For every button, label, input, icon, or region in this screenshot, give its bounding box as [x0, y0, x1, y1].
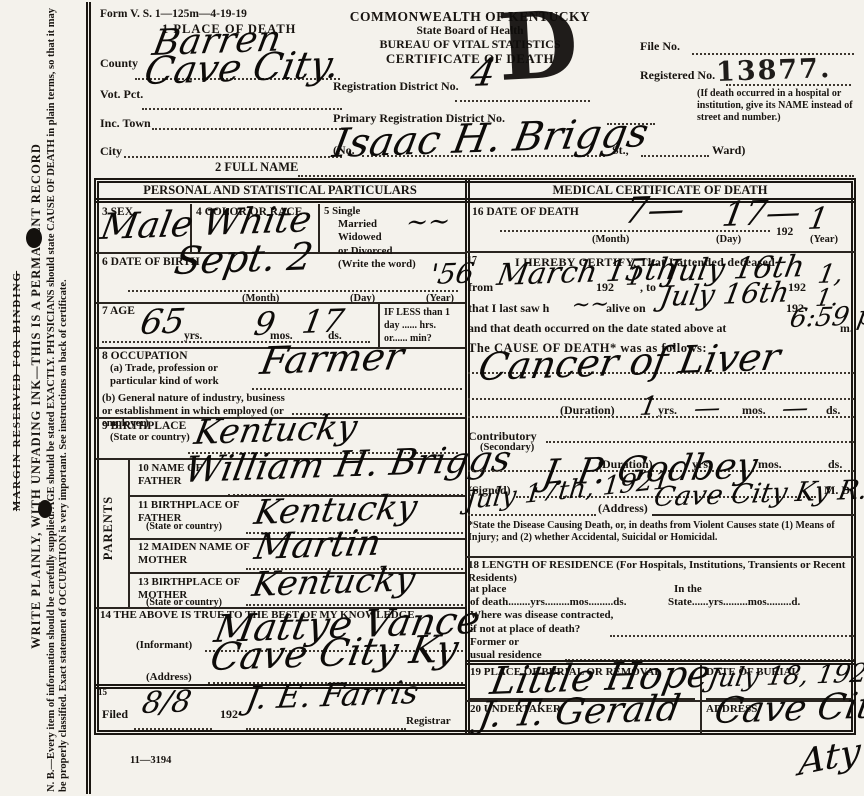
filed-label: Filed [102, 708, 128, 721]
cause-duration-line [468, 416, 854, 418]
death-year-prefix: 192 [776, 226, 793, 238]
age-label: 7 AGE [102, 305, 135, 317]
form-code: 11—3194 [130, 755, 171, 766]
alive-on-label: alive on [606, 302, 646, 315]
cause-of-death-value: Cancer of Liver [476, 340, 783, 385]
residence-in-the-label: In the [674, 584, 702, 596]
margin-nb-note: N. B.—Every item of information should b… [46, 8, 71, 792]
last-saw-mark: ∼∼ [570, 295, 611, 316]
full-name-value: Isaac H. Briggs [330, 115, 651, 162]
informant-address-label: (Address) [146, 672, 192, 684]
death-date-line [500, 230, 770, 232]
undertaker-address-value: Cave City [712, 690, 864, 729]
residence-former-label: Former or [470, 637, 519, 649]
birthplace-label: 9 BIRTHPLACE [102, 420, 186, 432]
full-name-line [298, 175, 854, 177]
death-year-label: (Year) [810, 234, 838, 245]
full-name-label: 2 FULL NAME [215, 161, 298, 174]
bottom-flourish: Aty [798, 736, 861, 780]
inc-town-line [152, 128, 344, 130]
marital-status-label: 5 Single Married Widowed or Divorced (Wr… [324, 205, 416, 271]
birthplace-value: Kentucky [192, 412, 359, 448]
filed-year-prefix: 192 [220, 708, 238, 721]
registrar-signature: J. E. Farris [244, 678, 421, 713]
occupation-label: 8 OCCUPATION [102, 350, 188, 362]
birthplace-sub-label: (State or country) [110, 432, 190, 443]
certify-number: 17 [467, 256, 477, 267]
voting-precinct-value: Cave City. [142, 47, 342, 88]
color-marital-divider [318, 204, 320, 252]
residence-of-death-label: of death........yrs.........mos.........… [470, 597, 626, 609]
file-no-label: File No. [640, 40, 680, 53]
informant-address-value: Cave City Ky [208, 631, 461, 674]
age-years-value: 65 [138, 307, 187, 339]
filed-number: 15 [98, 688, 107, 697]
marital-line-instruction: (Write the word) [324, 258, 416, 271]
street-ward-line [641, 155, 709, 157]
signed-date-line [468, 514, 596, 516]
filed-date-line [134, 728, 212, 730]
residence-contracted-label: Where was disease contracted, [470, 610, 613, 622]
death-occurred-label: and that death occurred on the date stat… [468, 322, 726, 334]
filed-date-value: 8/8 [140, 688, 193, 717]
father-birthplace-value: Kentucky [252, 492, 419, 528]
residence-at-place-label: at place [470, 584, 506, 596]
city-label: City [100, 145, 122, 158]
contributory-line [546, 441, 854, 443]
inc-town-label: Inc. Town [100, 117, 151, 130]
parents-strip-divider [128, 458, 130, 607]
date-of-birth-value: Sept. 2 [172, 239, 315, 278]
if-less-line1: IF LESS than 1 [384, 306, 450, 319]
residence-state-label: State......yrs.........mos.........d. [668, 597, 800, 609]
marital-line-divorced: or Divorced [324, 245, 416, 258]
if-less-line2: day ...... hrs. [384, 319, 450, 332]
registration-district-label: Registration District No. [333, 80, 459, 93]
occupation-a-label: (a) Trade, profession or particular kind… [110, 362, 262, 387]
d-stamp: D [495, 0, 580, 102]
margin-permanent-record-note: WRITE PLAINLY, WITH UNFADING INK—THIS IS… [30, 16, 43, 776]
residence-top-rule [465, 556, 856, 558]
contributory-label: Contributory [468, 430, 537, 443]
certify-to-label: , to [640, 281, 656, 294]
undertaker-value: J. T. Gerald [476, 693, 683, 732]
cause-footnote: *State the Disease Causing Death, or, in… [468, 520, 856, 544]
date-of-death-label: 16 DATE OF DEATH [472, 206, 579, 218]
last-saw-date-value: July 16th [658, 280, 791, 310]
mother-maiden-value: Martin [252, 528, 383, 565]
cause-duration-days-unit: ds. [826, 404, 840, 417]
death-certificate-scan: MARGIN RESERVED FOR BINDING WRITE PLAINL… [0, 0, 864, 796]
registration-district-line [455, 100, 590, 102]
registered-no-line [726, 84, 851, 86]
contributory-days-unit: ds. [828, 458, 842, 471]
registration-district-value: 4 [468, 55, 498, 90]
mother-maiden-label: 12 MAIDEN NAME OF MOTHER [138, 541, 263, 566]
contributory-months-unit: mos. [758, 458, 782, 471]
parents-group-label: PARENTS [102, 458, 115, 598]
county-label: County [100, 57, 138, 70]
residence-label: 18 LENGTH OF RESIDENCE (For Hospitals, I… [468, 559, 856, 585]
occupation-a-line [252, 388, 462, 390]
city-line [124, 156, 342, 158]
certify-from-label: from [468, 281, 493, 294]
death-day-label: (Day) [716, 234, 741, 245]
residence-if-not-label: if not at place of death? [470, 624, 580, 636]
left-binding-rule [86, 2, 91, 794]
marital-status-mark: ∼∼ [404, 210, 452, 235]
personal-section-title: PERSONAL AND STATISTICAL PARTICULARS [96, 184, 464, 197]
cause-duration-label: (Duration) [560, 404, 615, 417]
registered-no-value: 13877. [715, 53, 831, 88]
street-ward-label: Ward) [712, 144, 745, 157]
cause-duration-years-unit: yrs. [658, 404, 677, 417]
residence-if-not-line [610, 635, 854, 637]
marital-line-single: 5 Single [324, 205, 416, 218]
father-birthplace-sub-label: (State or country) [146, 522, 222, 533]
form-number: Form V. S. 1—125m—4-19-19 [100, 8, 247, 20]
informant-label: (Informant) [136, 640, 192, 652]
signed-address-line [652, 514, 855, 516]
hole-punch-top [26, 228, 42, 248]
death-time-suffix: m. [840, 322, 853, 334]
hole-punch-bottom [38, 500, 52, 518]
registrar-label: Registrar [406, 716, 451, 728]
occupation-a-value: Farmer [258, 339, 406, 378]
voting-precinct-line [142, 108, 342, 110]
date-of-birth-line [128, 290, 458, 292]
last-saw-label: that I last saw h [468, 302, 549, 315]
marital-line-married: Married [324, 218, 416, 231]
voting-precinct-label: Vot. Pct. [100, 88, 143, 101]
mother-birthplace-value: Kentucky [250, 564, 417, 600]
registered-no-label: Registered No. [640, 69, 715, 82]
hospital-note: (If death occurred in a hospital or inst… [697, 88, 857, 123]
marital-line-widowed: Widowed [324, 231, 416, 244]
cause-duration-months-unit: mos. [742, 404, 766, 417]
death-month-label: (Month) [592, 234, 629, 245]
death-month-value: 7— [622, 194, 687, 228]
registrar-line [246, 728, 406, 730]
signed-address-value: Cave City Ky R.F.D. [652, 477, 864, 510]
margin-binding-note: MARGIN RESERVED FOR BINDING [12, 26, 24, 756]
father-name-value: William H. Briggs [182, 444, 513, 488]
contributory-sub-label: (Secondary) [480, 442, 534, 453]
signed-address-label: (Address) [598, 502, 648, 515]
